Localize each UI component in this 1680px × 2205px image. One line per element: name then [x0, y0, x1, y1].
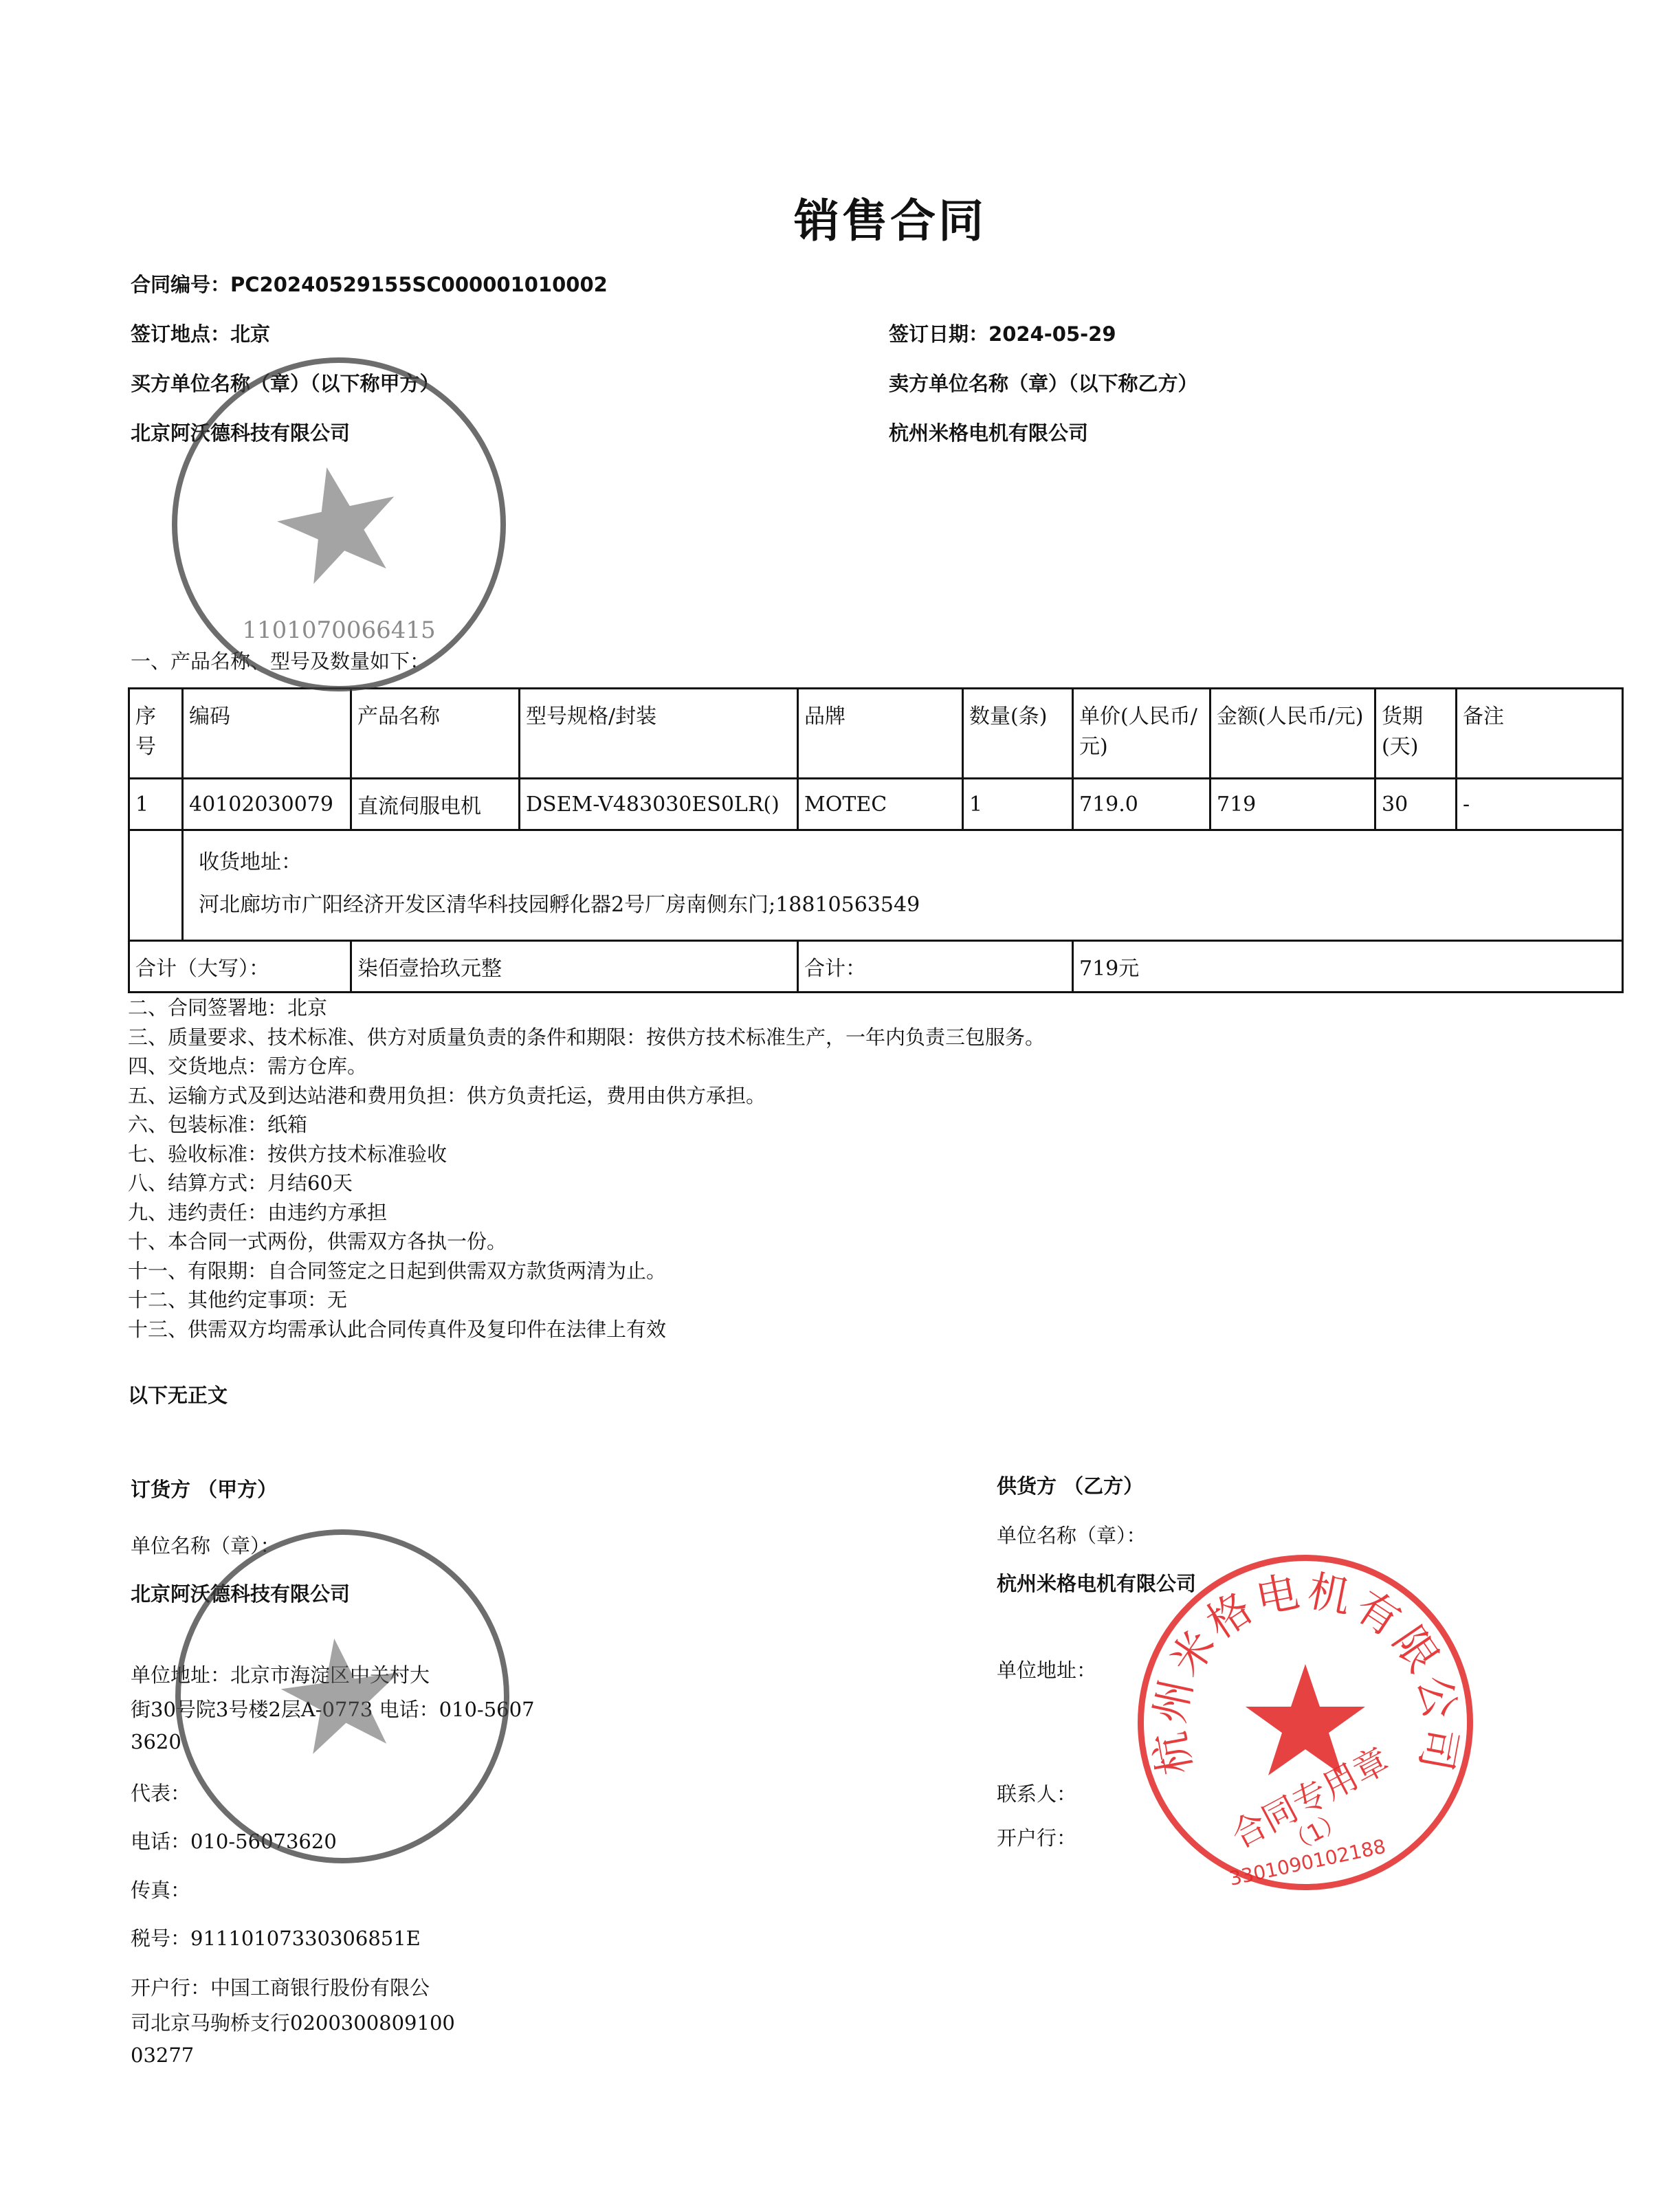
document-title: 销售合同 [794, 184, 986, 250]
seller-unit-name: 杭州米格电机有限公司 [997, 1569, 1196, 1597]
svg-text:1101070066415: 1101070066415 [242, 617, 435, 644]
seller-label: 卖方单位名称（章）（以下称乙方） [889, 368, 1198, 397]
buyer-unit-name: 北京阿沃德科技有限公司 [131, 1579, 350, 1607]
seller-contact-label: 联系人： [997, 1779, 1076, 1807]
total-value: 719元 [1073, 941, 1623, 993]
contract-number-label: 合同编号： [131, 273, 230, 296]
header-cell: 型号规格/封装 [520, 689, 798, 779]
total-upper-value: 柒佰壹拾玖元整 [351, 941, 798, 993]
clause: 八、结算方式：月结60天 [128, 1168, 1045, 1198]
product-table: 序号 编码 产品名称 型号规格/封装 品牌 数量(条) 单价(人民币/元) 金额… [128, 687, 1624, 993]
cell-model: DSEM-V483030ES0LR() [520, 779, 798, 830]
svg-text:合同专用章: 合同专用章 [1225, 1740, 1395, 1857]
section-1-title: 一、产品名称、型号及数量如下： [131, 646, 430, 674]
header-cell: 单价(人民币/元) [1073, 689, 1211, 779]
seller-bank-label: 开户行： [997, 1823, 1076, 1851]
buyer-tax-no: 税号：91110107330306851E [131, 1923, 421, 1951]
clause: 九、违约责任：由违约方承担 [128, 1198, 1045, 1228]
buyer-fax-label: 传真： [131, 1875, 190, 1903]
header-cell: 产品名称 [351, 689, 520, 779]
clause: 十二、其他约定事项：无 [128, 1285, 1045, 1315]
sign-place: 签订地点：北京 [131, 319, 270, 347]
header-cell: 序号 [129, 689, 183, 779]
buyer-label: 买方单位名称（章）（以下称甲方） [131, 368, 440, 397]
delivery-address-row: 收货地址： 河北廊坊市广阳经济开发区清华科技园孵化器2号厂房南侧东门;18810… [129, 830, 1623, 941]
seller-name: 杭州米格电机有限公司 [889, 418, 1088, 446]
sign-date: 签订日期：2024-05-29 [889, 319, 1116, 347]
delivery-address-value: 河北廊坊市广阳经济开发区清华科技园孵化器2号厂房南侧东门;18810563549 [199, 887, 1616, 918]
buyer-bank-line3: 03277 [131, 2043, 194, 2067]
seal-star-icon: 1101070066415 [177, 363, 500, 686]
delivery-address-cell: 收货地址： 河北廊坊市广阳经济开发区清华科技园孵化器2号厂房南侧东门;18810… [183, 830, 1623, 941]
clause: 三、质量要求、技术标准、供方对质量负责的条件和期限：按供方技术标准生产，一年内负… [128, 1023, 1045, 1052]
clause: 六、包装标准：纸箱 [128, 1110, 1045, 1140]
sign-place-label: 签订地点： [131, 322, 230, 346]
cell-brand: MOTEC [798, 779, 963, 830]
seller-heading: 供货方 （乙方） [997, 1471, 1143, 1499]
clause: 四、交货地点：需方仓库。 [128, 1052, 1045, 1081]
seller-contract-seal: 杭州米格电机有限公司 合同专用章 （1） 3301090102188 [1138, 1555, 1473, 1890]
buyer-phone: 电话：010-56073620 [131, 1826, 337, 1854]
buyer-company-seal: 1101070066415 [172, 357, 506, 691]
header-cell: 货期(天) [1375, 689, 1457, 779]
buyer-unit-name-label: 单位名称（章）： [131, 1531, 280, 1559]
buyer-rep-label: 代表： [131, 1778, 190, 1806]
buyer-address-line2: 街30号院3号楼2层A-0773 电话：010-5607 [131, 1694, 535, 1722]
sign-place-value: 北京 [230, 322, 270, 346]
contract-clauses: 二、合同签署地：北京 三、质量要求、技术标准、供方对质量负责的条件和期限：按供方… [128, 993, 1045, 1344]
sign-date-value: 2024-05-29 [988, 322, 1116, 346]
cell-lead-time: 30 [1375, 779, 1457, 830]
clause: 十三、供需双方均需承认此合同传真件及复印件在法律上有效 [128, 1315, 1045, 1344]
svg-text:（1）: （1） [1282, 1806, 1349, 1859]
contract-number: 合同编号：PC20240529155SC000001010002 [131, 269, 608, 298]
svg-text:杭州米格电机有限公司: 杭州米格电机有限公司 [1144, 1566, 1468, 1779]
cell-quantity: 1 [963, 779, 1073, 830]
delivery-address-label: 收货地址： [199, 845, 1616, 875]
total-label: 合计： [798, 941, 1073, 993]
clause: 七、验收标准：按供方技术标准验收 [128, 1140, 1045, 1169]
header-cell: 品牌 [798, 689, 963, 779]
seller-unit-name-label: 单位名称（章）： [997, 1520, 1147, 1549]
cell-code: 40102030079 [183, 779, 351, 830]
table-header-row: 序号 编码 产品名称 型号规格/封装 品牌 数量(条) 单价(人民币/元) 金额… [129, 689, 1623, 779]
header-cell: 编码 [183, 689, 351, 779]
header-cell: 金额(人民币/元) [1211, 689, 1375, 779]
clause: 十一、有限期：自合同签定之日起到供需双方款货两清为止。 [128, 1256, 1045, 1286]
buyer-bank-line2: 司北京马驹桥支行0200300809100 [131, 2008, 455, 2036]
total-row: 合计（大写）： 柒佰壹拾玖元整 合计： 719元 [129, 941, 1623, 993]
sign-date-label: 签订日期： [889, 322, 988, 346]
buyer-address: 单位地址：北京市海淀区中关村大 [131, 1660, 430, 1688]
seller-address-label: 单位地址： [997, 1655, 1096, 1683]
buyer-name: 北京阿沃德科技有限公司 [131, 418, 350, 446]
header-cell: 备注 [1457, 689, 1623, 779]
contract-number-value: PC20240529155SC000001010002 [230, 273, 608, 296]
cell-remark: - [1457, 779, 1623, 830]
clause: 二、合同签署地：北京 [128, 993, 1045, 1023]
header-cell: 数量(条) [963, 689, 1073, 779]
svg-text:3301090102188: 3301090102188 [1227, 1835, 1387, 1890]
end-note: 以下无正文 [128, 1380, 228, 1408]
total-upper-label: 合计（大写）： [129, 941, 351, 993]
buyer-heading: 订货方 （甲方） [131, 1474, 277, 1503]
buyer-address-line3: 3620 [131, 1730, 181, 1753]
cell-product-name: 直流伺服电机 [351, 779, 520, 830]
table-row: 1 40102030079 直流伺服电机 DSEM-V483030ES0LR()… [129, 779, 1623, 830]
cell-amount: 719 [1211, 779, 1375, 830]
clause: 十、本合同一式两份，供需双方各执一份。 [128, 1227, 1045, 1256]
clause: 五、运输方式及到达站港和费用负担：供方负责托运，费用由供方承担。 [128, 1081, 1045, 1111]
seal-star-icon: 杭州米格电机有限公司 合同专用章 （1） 3301090102188 [1144, 1561, 1467, 1884]
buyer-bank: 开户行：中国工商银行股份有限公 [131, 1973, 430, 2001]
cell-index: 1 [129, 779, 183, 830]
cell-unit-price: 719.0 [1073, 779, 1211, 830]
